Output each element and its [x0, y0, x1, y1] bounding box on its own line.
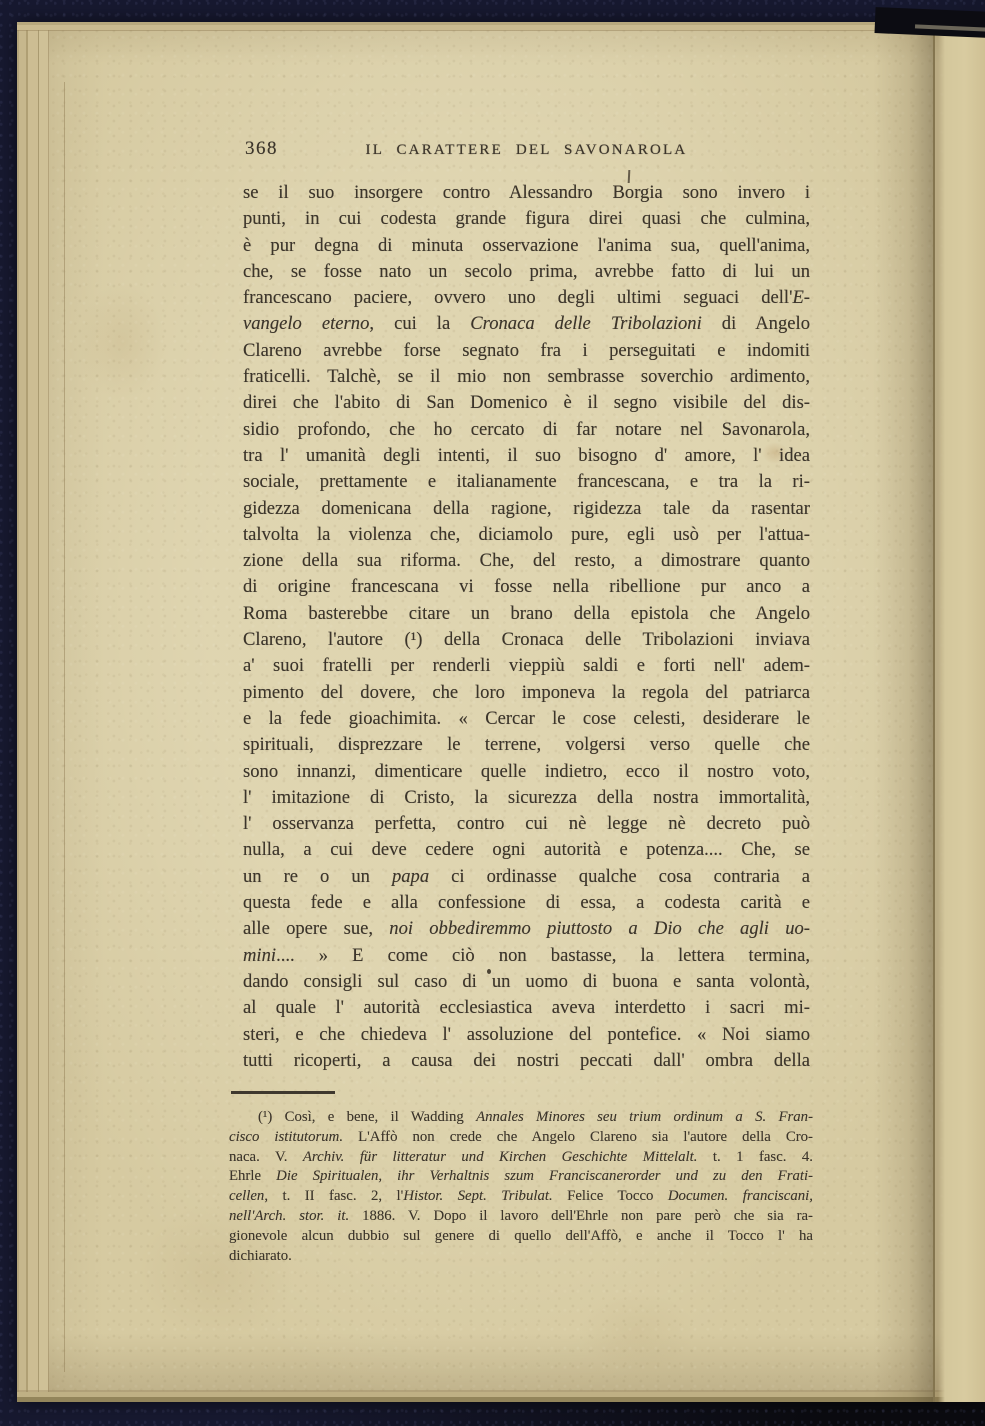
body-line: e la fede gioachimita. « Cercar le cose …: [243, 706, 810, 732]
book-page: 368 IL CARATTERE DEL SAVONAROLA se il su…: [17, 22, 985, 1402]
body-line: Clareno, l'autore (¹) della Cronaca dell…: [243, 627, 810, 653]
body-line: se il suo insorgere contro Alessandro Bo…: [243, 180, 810, 206]
body-line: sono innanzi, dimenticare quelle indietr…: [243, 759, 810, 785]
body-line: questa fede e alla confessione di essa, …: [243, 890, 810, 916]
body-line: tutti ricoperti, a causa dei nostri pecc…: [243, 1048, 810, 1074]
page-stain: [577, 1292, 697, 1372]
body-line: mini.... » E come ciò non bastasse, la l…: [243, 943, 810, 969]
body-line: sidio profondo, che ho cercato di far no…: [243, 417, 810, 443]
page-edge-bottom: [17, 1390, 985, 1402]
adjacent-page-edge: [935, 26, 985, 1402]
page-crease-left: [64, 82, 65, 1372]
body-line: francescano paciere, ovvero uno degli ul…: [243, 285, 810, 311]
body-line: di origine francescana vi fosse nella ri…: [243, 574, 810, 600]
body-line: fraticelli. Talchè, se il mio non sembra…: [243, 364, 810, 390]
body-line: sociale, prettamente e italianamente fra…: [243, 469, 810, 495]
body-line: steri, e che chiedeva l' assoluzione del…: [243, 1022, 810, 1048]
footnote-line: nell'Arch. stor. it. 1886. V. Dopo il la…: [229, 1207, 813, 1227]
body-line: alle opere sue, noi obbediremmo piuttost…: [243, 916, 810, 942]
body-line: punti, in cui codesta grande figura dire…: [243, 206, 810, 232]
body-line: dando consigli sul caso di un uomo di bu…: [243, 969, 810, 995]
body-line: l' osservanza perfetta, contro cui nè le…: [243, 811, 810, 837]
body-line: vangelo eterno, cui la Cronaca delle Tri…: [243, 311, 810, 337]
page-stain: [77, 282, 167, 402]
footnote-line: cellen, t. II fasc. 2, l'Histor. Sept. T…: [229, 1187, 813, 1207]
body-line: Clareno avrebbe forse segnato fra i pers…: [243, 338, 810, 364]
body-line: un re o un papa ci ordinasse qualche cos…: [243, 864, 810, 890]
body-line: tra l' umanità degli intenti, il suo bis…: [243, 443, 810, 469]
body-line: pimento del dovere, che loro imponeva la…: [243, 680, 810, 706]
page-edge-left: [17, 22, 51, 1402]
body-line: nulla, a cui deve cedere ogni autorità e…: [243, 837, 810, 863]
page-edge-top: [17, 22, 985, 31]
body-line: l' imitazione di Cristo, la sicurezza de…: [243, 785, 810, 811]
running-header: IL CARATTERE DEL SAVONAROLA: [243, 142, 810, 159]
footnote-line: dichiarato.: [229, 1247, 813, 1267]
scan-background: { "page": { "number": "368", "running_he…: [0, 0, 985, 1426]
footnote-line: gionevole alcun dubbio sul genere di que…: [229, 1227, 813, 1247]
body-line: che, se fosse nato un secolo prima, avre…: [243, 259, 810, 285]
body-line: a' suoi fratelli per renderli vieppiù sa…: [243, 653, 810, 679]
body-line: gidezza domenicana della ragione, rigide…: [243, 496, 810, 522]
footnote-line: naca. V. Archiv. für litteratur und Kirc…: [229, 1148, 813, 1168]
footnote-rule: [231, 1091, 335, 1094]
body-line: talvolta la violenza che, diciamolo pure…: [243, 522, 810, 548]
body-line: è pur degna di minuta osservazione l'ani…: [243, 233, 810, 259]
body-text: se il suo insorgere contro Alessandro Bo…: [243, 180, 810, 1074]
footnote-line: (¹) Così, e bene, il Wadding Annales Min…: [229, 1108, 813, 1128]
body-line: zione della sua riforma. Che, del resto,…: [243, 548, 810, 574]
footnote-line: cisco istitutorum. L'Affò non crede che …: [229, 1128, 813, 1148]
footnote-text: (¹) Così, e bene, il Wadding Annales Min…: [229, 1108, 813, 1266]
page-gutter-shadow: [873, 22, 933, 1402]
scan-dark-edge: [875, 7, 985, 39]
body-line: al quale l' autorità ecclesiastica aveva…: [243, 995, 810, 1021]
body-line: Roma basterebbe citare un brano della ep…: [243, 601, 810, 627]
footnote-line: Ehrle Die Spiritualen, ihr Verhaltnis sz…: [229, 1167, 813, 1187]
body-line: spirituali, disprezzare le terrene, volg…: [243, 732, 810, 758]
body-line: direi che l'abito di San Domenico è il s…: [243, 390, 810, 416]
